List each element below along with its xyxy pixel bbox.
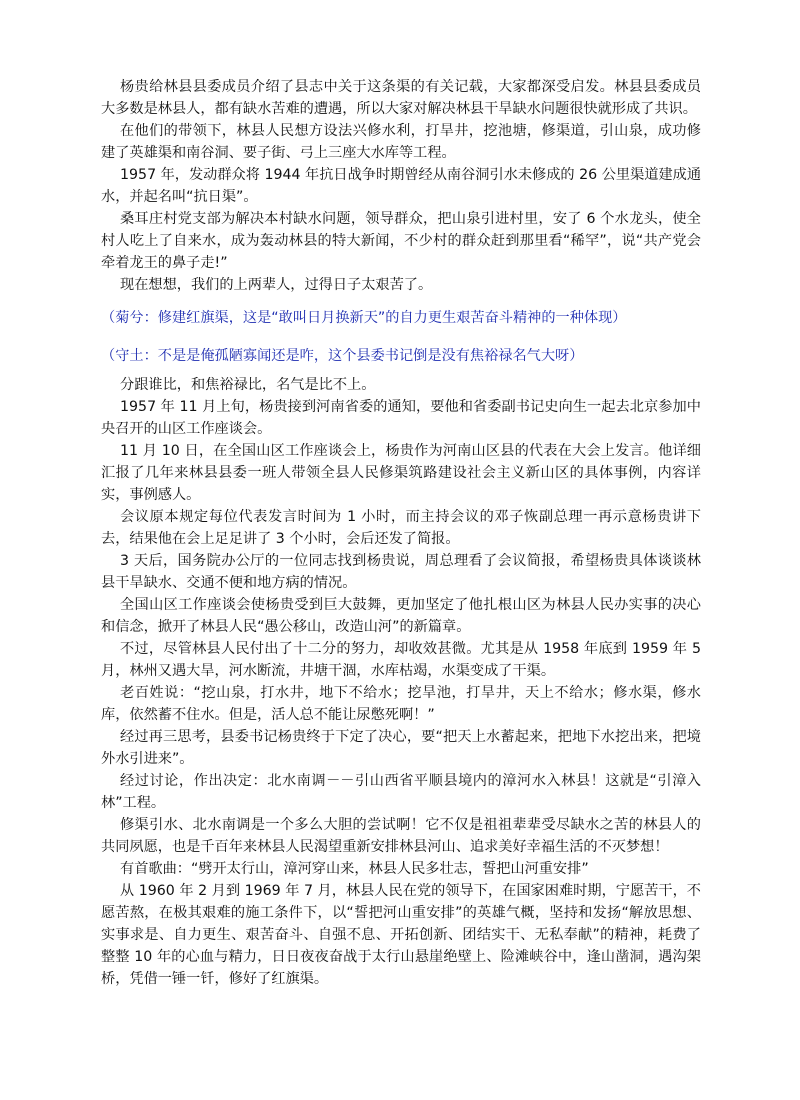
document-page: 杨贵给林县县委成员介绍了县志中关于这条渠的有关记载，大家都深受启发。林县县委成员…	[101, 76, 701, 990]
paragraph: 会议原本规定每位代表发言时间为 1 小时，而主持会议的邓子恢副总理一再示意杨贵讲…	[101, 506, 701, 550]
paragraph: 1957 年，发动群众将 1944 年抗日战争时期曾经从南谷洞引水未修成的 26…	[101, 164, 701, 208]
comment-note-juxi: （菊兮：修建红旗渠，这是“敢叫日月换新天”的自力更生艰苦奋斗精神的一种体现）	[101, 308, 701, 328]
paragraph: 全国山区工作座谈会使杨贵受到巨大鼓舞，更加坚定了他扎根山区为林县人民办实事的决心…	[101, 594, 701, 638]
comment-note-shoutu: （守土：不是是俺孤陋寡闻还是咋，这个县委书记倒是没有焦裕禄名气大呀）	[101, 346, 701, 366]
paragraph: 经过讨论，作出决定：北水南调－－引山西省平顺县境内的漳河水入林县！这就是“引漳入…	[101, 770, 701, 814]
paragraph: 老百姓说：“挖山泉，打水井，地下不给水；挖旱池，打旱井，天上不给水；修水渠，修水…	[101, 682, 701, 726]
paragraph: 桑耳庄村党支部为解决本村缺水问题，领导群众，把山泉引进村里，安了 6 个水龙头，…	[101, 208, 701, 274]
paragraph: 11 月 10 日，在全国山区工作座谈会上，杨贵作为河南山区县的代表在大会上发言…	[101, 440, 701, 506]
paragraph: 修渠引水、北水南调是一个多么大胆的尝试啊！它不仅是祖祖辈辈受尽缺水之苦的林县人的…	[101, 814, 701, 858]
paragraph: 经过再三思考，县委书记杨贵终于下定了决心，要“把天上水蓄起来，把地下水挖出来，把…	[101, 726, 701, 770]
paragraph: 在他们的带领下，林县人民想方设法兴修水利，打旱井，挖池塘，修渠道，引山泉，成功修…	[101, 120, 701, 164]
paragraph: 1957 年 11 月上旬，杨贵接到河南省委的通知，要他和省委副书记史向生一起去…	[101, 396, 701, 440]
paragraph: 杨贵给林县县委成员介绍了县志中关于这条渠的有关记载，大家都深受启发。林县县委成员…	[101, 76, 701, 120]
paragraph: 现在想想，我们的上两辈人，过得日子太艰苦了。	[101, 274, 701, 296]
paragraph: 不过，尽管林县人民付出了十二分的努力，却收效甚微。尤其是从 1958 年底到 1…	[101, 638, 701, 682]
paragraph: 有首歌曲：“劈开太行山，漳河穿山来，林县人民多壮志，誓把山河重安排”	[101, 858, 701, 880]
paragraph: 从 1960 年 2 月到 1969 年 7 月，林县人民在党的领导下，在国家困…	[101, 880, 701, 990]
paragraph: 分跟谁比，和焦裕禄比，名气是比不上。	[101, 374, 701, 396]
paragraph: 3 天后，国务院办公厅的一位同志找到杨贵说，周总理看了会议简报，希望杨贵具体谈谈…	[101, 550, 701, 594]
